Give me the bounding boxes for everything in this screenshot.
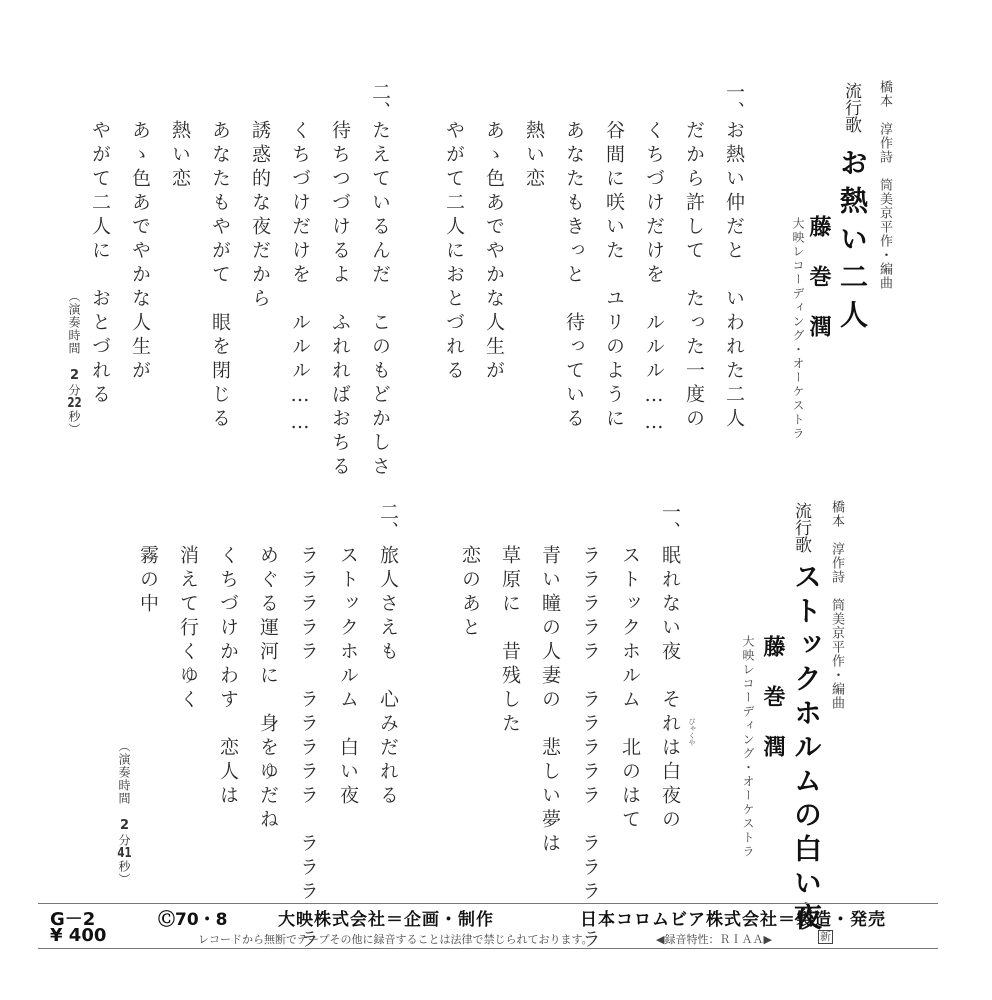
song1-verse1-line: 谷間に咲いた ユリのように xyxy=(604,120,623,432)
song2-verse2-line: 霧の中 xyxy=(138,545,157,617)
song1-title: お熱い二人 xyxy=(838,148,866,338)
song2-lyricist: 橋本 淳作詩 xyxy=(830,500,843,584)
song2-verse1-line: 恋のあと xyxy=(460,545,479,641)
song2-verse1-line: 眠れない夜 それは白夜の xyxy=(660,545,679,833)
song1-verse1-line: 熱い恋 xyxy=(524,120,543,192)
song2-title: ストックホルムの白い夜 xyxy=(792,562,820,936)
song2-play-time: （演奏時間 2分41秒） xyxy=(118,740,131,886)
song1-verse2-line: やがて二人に おとづれる xyxy=(90,120,109,408)
copyright: Ⓒ70・8 xyxy=(158,905,228,930)
song1-verse1-number: 一、 xyxy=(724,82,743,120)
song1-verse1-line: くちづけだけを ルルル…… xyxy=(644,120,663,438)
song2-verse2-line: ストックホルム 白い夜 xyxy=(338,545,357,809)
song2-verse1-line: 青い瞳の人妻の 悲しい夢は xyxy=(540,545,559,857)
song1-verse1-line: あなたもきっと 待っている xyxy=(564,120,583,432)
song1-verse2-line: くちづけだけを ルルル…… xyxy=(290,120,309,438)
song2-verse2-line: 旅人さえも 心みだれる xyxy=(378,545,397,809)
song1-verse1-line: だから許して たった一度の xyxy=(684,120,703,432)
song1-verse1-line: あゝ色あでやかな人生が xyxy=(484,120,503,384)
planning-credit: 大映株式会社＝企画・制作 xyxy=(278,905,494,930)
song1-verse2-line: たえているんだ このもどかしさ xyxy=(370,120,389,480)
song2-orchestra: 大映レコーディング・オーケストラ xyxy=(742,635,754,859)
footer-top-rule xyxy=(38,903,938,904)
song1-verse2-line: あゝ色あでやかな人生が xyxy=(130,120,149,384)
song2-ruby: びゃくや xyxy=(688,718,695,746)
song1-orchestra: 大映レコーディング・オーケストラ xyxy=(792,217,804,441)
song2-verse2-line: 消えて行くゆく xyxy=(178,545,197,713)
song2-verse2-line: くちづけかわす 恋人は xyxy=(218,545,237,809)
song1-verse2-line: 待ちつづけるよ ふれればおちる xyxy=(330,120,349,480)
song2-verse1-line: 草原に 昔残した xyxy=(500,545,519,737)
song1-composer: 筒美京平作・編曲 xyxy=(878,178,891,290)
song2-verse1-line: ラララララ ラララララ ラララ ラ xyxy=(580,545,599,953)
song2-verse1-number: 一、 xyxy=(660,502,679,540)
song1-verse2-line: 誘惑的な夜だから xyxy=(250,120,269,312)
song1-verse2-line: あなたもやがて 眼を閉じる xyxy=(210,120,229,432)
song1-play-time: （演奏時間 2分22秒） xyxy=(68,290,81,436)
song1-verse2-line: 熱い恋 xyxy=(170,120,189,192)
new-mark: 新 xyxy=(818,930,833,944)
song2-verse2-line: ラララララ ラララララ ラララ ラ xyxy=(298,545,317,953)
copy-notice: レコードから無断でテープその他に録音することは法律で禁じられております。 xyxy=(198,931,593,947)
recording-characteristic: ◀録音特性：ＲＩＡＡ▶ xyxy=(656,931,772,947)
price: ¥ 400 xyxy=(50,925,106,946)
song1-verse1-line: お熱い仲だと いわれた二人 xyxy=(724,120,743,432)
song2-verse2-line: めぐる運河に 身をゆだね xyxy=(258,545,277,833)
song2-verse1-line: ストックホルム 北のはて xyxy=(620,545,639,833)
song1-verse1-line: やがて二人におとづれる xyxy=(444,120,463,384)
song2-composer: 筒美京平作・編曲 xyxy=(830,598,843,710)
song1-lyricist: 橋本 淳作詩 xyxy=(878,80,891,164)
song2-genre: 流行歌 xyxy=(792,502,809,553)
song2-artist: 藤巻潤 xyxy=(762,635,784,785)
song1-artist: 藤巻潤 xyxy=(808,215,830,365)
song1-genre: 流行歌 xyxy=(842,82,859,133)
footer-bottom-rule xyxy=(38,948,938,949)
manufacturer-credit: 日本コロムビア株式会社＝製造・発売 xyxy=(580,905,886,930)
song2-verse2-number: 二、 xyxy=(378,502,397,540)
song1-verse2-number: 二、 xyxy=(370,82,389,120)
